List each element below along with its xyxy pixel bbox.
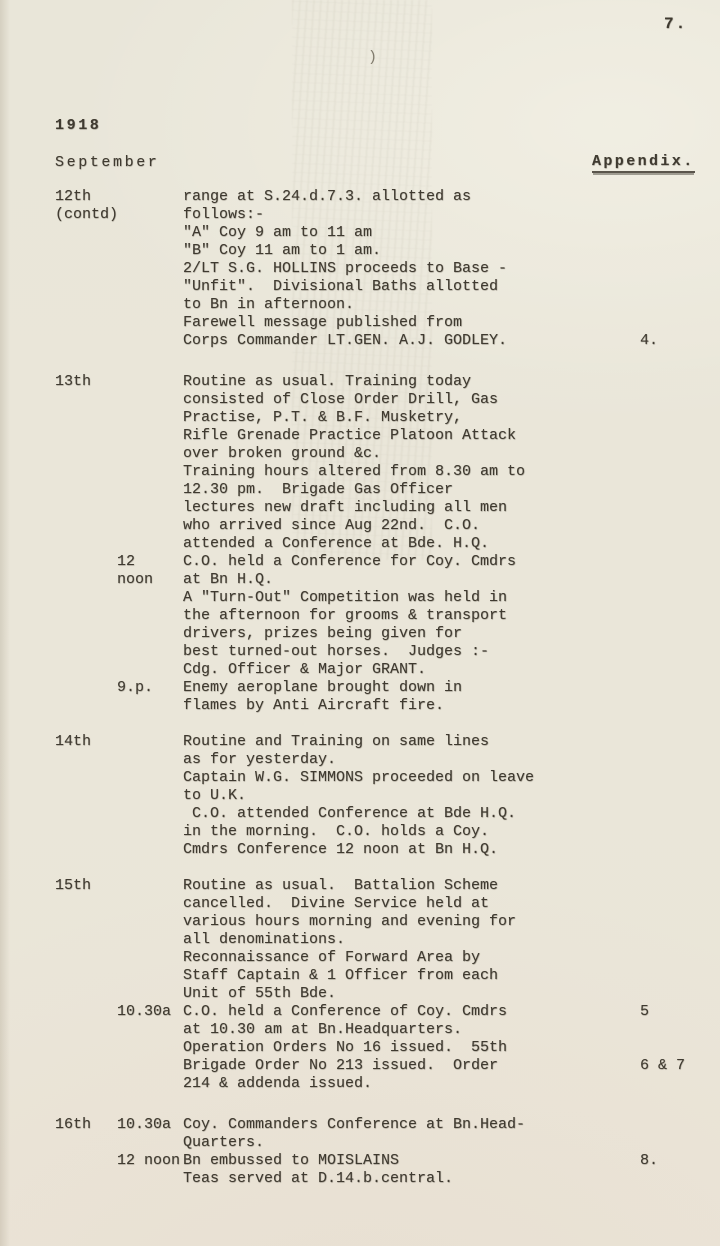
diary-line: 16th10.30aCoy. Commanders Conference at …: [0, 1116, 720, 1134]
line-ref: 5: [640, 1003, 715, 1021]
diary-line: noonat Bn H.Q.: [0, 571, 720, 589]
diary-line: Captain W.G. SIMMONS proceeded on leave: [0, 769, 720, 787]
diary-entry: 12thrange at S.24.d.7.3. allotted as(con…: [0, 188, 720, 350]
line-body: Cmdrs Conference 12 noon at Bn H.Q.: [183, 841, 633, 859]
diary-line: Cmdrs Conference 12 noon at Bn H.Q.: [0, 841, 720, 859]
line-date: 15th: [55, 877, 117, 895]
diary-line: 12C.O. held a Conference for Coy. Cmdrs: [0, 553, 720, 571]
diary-line: Teas served at D.14.b.central.: [0, 1170, 720, 1188]
diary-line: (contd)follows:-: [0, 206, 720, 224]
diary-line: 12.30 pm. Brigade Gas Officer: [0, 481, 720, 499]
diary-line: Farewell message published from: [0, 314, 720, 332]
diary-line: "A" Coy 9 am to 11 am: [0, 224, 720, 242]
diary-entry: 14thRoutine and Training on same linesas…: [0, 733, 720, 859]
diary-line: Brigade Order No 213 issued. Order6 & 7: [0, 1057, 720, 1075]
diary-line: to U.K.: [0, 787, 720, 805]
diary-line: "Unfit". Divisional Baths allotted: [0, 278, 720, 296]
diary-entry: 15thRoutine as usual. Battalion Schemeca…: [0, 877, 720, 1093]
diary-line: 12 noonBn embussed to MOISLAINS8.: [0, 1152, 720, 1170]
diary-line: over broken ground &c.: [0, 445, 720, 463]
diary-line: cancelled. Divine Service held at: [0, 895, 720, 913]
diary-line: as for yesterday.: [0, 751, 720, 769]
line-body: cancelled. Divine Service held at: [183, 895, 633, 913]
line-body: Unit of 55th Bde.: [183, 985, 633, 1003]
line-body: Cdg. Officer & Major GRANT.: [183, 661, 633, 679]
diary-line: flames by Anti Aircraft fire.: [0, 697, 720, 715]
line-body: Practise, P.T. & B.F. Musketry,: [183, 409, 633, 427]
diary-line: at 10.30 am at Bn.Headquarters.: [0, 1021, 720, 1039]
diary-line: the afternoon for grooms & transport: [0, 607, 720, 625]
line-body: in the morning. C.O. holds a Coy.: [183, 823, 633, 841]
line-body: Coy. Commanders Conference at Bn.Head-: [183, 1116, 633, 1134]
line-date: 13th: [55, 373, 117, 391]
diary-line: 9.p.Enemy aeroplane brought down in: [0, 679, 720, 697]
line-body: as for yesterday.: [183, 751, 633, 769]
diary-line: lectures new draft including all men: [0, 499, 720, 517]
line-body: 214 & addenda issued.: [183, 1075, 633, 1093]
line-body: over broken ground &c.: [183, 445, 633, 463]
line-body: Enemy aeroplane brought down in: [183, 679, 633, 697]
line-body: Quarters.: [183, 1134, 633, 1152]
line-body: C.O. held a Conference for Coy. Cmdrs: [183, 553, 633, 571]
line-body: Operation Orders No 16 issued. 55th: [183, 1039, 633, 1057]
diary-line: C.O. attended Conference at Bde H.Q.: [0, 805, 720, 823]
diary-line: 15thRoutine as usual. Battalion Scheme: [0, 877, 720, 895]
line-date: 14th: [55, 733, 117, 751]
line-body: at 10.30 am at Bn.Headquarters.: [183, 1021, 633, 1039]
diary-line: consisted of Close Order Drill, Gas: [0, 391, 720, 409]
line-body: Staff Captain & 1 Officer from each: [183, 967, 633, 985]
line-body: Bn embussed to MOISLAINS: [183, 1152, 633, 1170]
diary-line: 12thrange at S.24.d.7.3. allotted as: [0, 188, 720, 206]
line-body: at Bn H.Q.: [183, 571, 633, 589]
diary-line: Rifle Grenade Practice Platoon Attack: [0, 427, 720, 445]
diary-line: attended a Conference at Bde. H.Q.: [0, 535, 720, 553]
diary-line: Quarters.: [0, 1134, 720, 1152]
diary-line: Training hours altered from 8.30 am to: [0, 463, 720, 481]
diary-line: 2/LT S.G. HOLLINS proceeds to Base -: [0, 260, 720, 278]
diary-line: best turned-out horses. Judges :-: [0, 643, 720, 661]
diary-line: 214 & addenda issued.: [0, 1075, 720, 1093]
line-body: Teas served at D.14.b.central.: [183, 1170, 633, 1188]
line-body: Routine as usual. Training today: [183, 373, 633, 391]
line-time: 9.p.: [117, 679, 181, 697]
diary-line: 10.30aC.O. held a Conference of Coy. Cmd…: [0, 1003, 720, 1021]
diary-line: 14thRoutine and Training on same lines: [0, 733, 720, 751]
diary-line: 13thRoutine as usual. Training today: [0, 373, 720, 391]
line-body: A "Turn-Out" Competition was held in: [183, 589, 633, 607]
line-body: Captain W.G. SIMMONS proceeded on leave: [183, 769, 633, 787]
line-body: Brigade Order No 213 issued. Order: [183, 1057, 633, 1075]
line-body: "B" Coy 11 am to 1 am.: [183, 242, 633, 260]
diary-entries: 12thrange at S.24.d.7.3. allotted as(con…: [0, 0, 720, 1246]
line-body: Routine and Training on same lines: [183, 733, 633, 751]
line-ref: 4.: [640, 332, 715, 350]
diary-entry: 16th10.30aCoy. Commanders Conference at …: [0, 1116, 720, 1188]
line-body: to Bn in afternoon.: [183, 296, 633, 314]
diary-line: Staff Captain & 1 Officer from each: [0, 967, 720, 985]
line-body: who arrived since Aug 22nd. C.O.: [183, 517, 633, 535]
line-time: 12: [117, 553, 181, 571]
diary-line: A "Turn-Out" Competition was held in: [0, 589, 720, 607]
line-body: follows:-: [183, 206, 633, 224]
line-body: range at S.24.d.7.3. allotted as: [183, 188, 633, 206]
diary-line: Unit of 55th Bde.: [0, 985, 720, 1003]
line-body: drivers, prizes being given for: [183, 625, 633, 643]
line-time: noon: [117, 571, 181, 589]
line-date: 16th: [55, 1116, 117, 1134]
diary-line: who arrived since Aug 22nd. C.O.: [0, 517, 720, 535]
line-ref: 8.: [640, 1152, 715, 1170]
line-body: Training hours altered from 8.30 am to: [183, 463, 633, 481]
diary-line: to Bn in afternoon.: [0, 296, 720, 314]
line-body: Rifle Grenade Practice Platoon Attack: [183, 427, 633, 445]
line-body: C.O. attended Conference at Bde H.Q.: [183, 805, 633, 823]
diary-line: in the morning. C.O. holds a Coy.: [0, 823, 720, 841]
line-body: best turned-out horses. Judges :-: [183, 643, 633, 661]
line-body: flames by Anti Aircraft fire.: [183, 697, 633, 715]
diary-line: Practise, P.T. & B.F. Musketry,: [0, 409, 720, 427]
diary-line: Corps Commander LT.GEN. A.J. GODLEY.4.: [0, 332, 720, 350]
war-diary-page: 7. ) 1918 September Appendix. 12thrange …: [0, 0, 720, 1246]
line-body: consisted of Close Order Drill, Gas: [183, 391, 633, 409]
diary-line: Reconnaissance of Forward Area by: [0, 949, 720, 967]
line-time: 10.30a: [117, 1003, 181, 1021]
line-body: "Unfit". Divisional Baths allotted: [183, 278, 633, 296]
diary-line: drivers, prizes being given for: [0, 625, 720, 643]
diary-line: all denominations.: [0, 931, 720, 949]
line-date: 12th: [55, 188, 117, 206]
line-body: lectures new draft including all men: [183, 499, 633, 517]
line-body: Farewell message published from: [183, 314, 633, 332]
line-body: to U.K.: [183, 787, 633, 805]
line-body: C.O. held a Conference of Coy. Cmdrs: [183, 1003, 633, 1021]
line-body: 2/LT S.G. HOLLINS proceeds to Base -: [183, 260, 633, 278]
line-body: attended a Conference at Bde. H.Q.: [183, 535, 633, 553]
diary-line: Cdg. Officer & Major GRANT.: [0, 661, 720, 679]
diary-entry: 13thRoutine as usual. Training todaycons…: [0, 373, 720, 715]
line-time: 12 noon: [117, 1152, 181, 1170]
diary-line: Operation Orders No 16 issued. 55th: [0, 1039, 720, 1057]
diary-line: "B" Coy 11 am to 1 am.: [0, 242, 720, 260]
line-body: Routine as usual. Battalion Scheme: [183, 877, 633, 895]
line-body: Corps Commander LT.GEN. A.J. GODLEY.: [183, 332, 633, 350]
line-body: Reconnaissance of Forward Area by: [183, 949, 633, 967]
line-body: all denominations.: [183, 931, 633, 949]
line-body: 12.30 pm. Brigade Gas Officer: [183, 481, 633, 499]
line-ref: 6 & 7: [640, 1057, 715, 1075]
line-body: the afternoon for grooms & transport: [183, 607, 633, 625]
line-date: (contd): [55, 206, 117, 224]
line-body: "A" Coy 9 am to 11 am: [183, 224, 633, 242]
diary-line: various hours morning and evening for: [0, 913, 720, 931]
line-time: 10.30a: [117, 1116, 181, 1134]
line-body: various hours morning and evening for: [183, 913, 633, 931]
